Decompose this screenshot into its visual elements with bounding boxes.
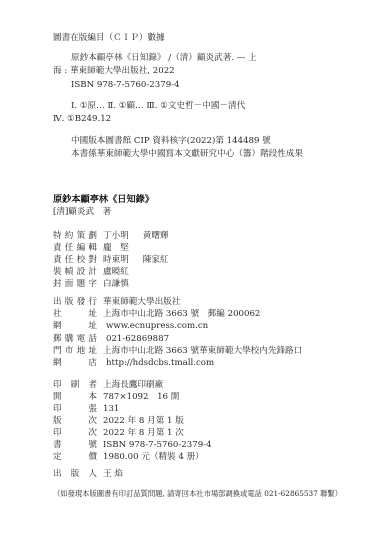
publisher-label: 網 店: [53, 358, 97, 369]
footer-note: （如發現本版圖書有印訂品質問題, 請寄回本社市場部調換或電話 021-62865…: [53, 489, 342, 499]
credit-label: 特約策劃: [53, 231, 97, 242]
book-title: 原鈔本顧亭林《日知錄》: [53, 194, 154, 205]
printing-value: ISBN 978-7-5760-2379-4: [103, 440, 212, 451]
credit-value: 黄曙輝: [143, 231, 169, 242]
project-note: 本書係華東師範大學中國寫本文獻研究中心（籌）階段性成果: [71, 149, 303, 160]
printing-label: 定 價: [53, 452, 97, 463]
publisher-row: 門市地址 上海市中山北路 3663 號華東師範大學校内先鋒路口: [53, 346, 302, 357]
credit-label: 責任編輯: [53, 243, 97, 254]
credit-value: 龐 堅: [103, 243, 129, 254]
publisher-value: 上海市中山北路 3663 號華東師範大學校内先鋒路口: [103, 346, 302, 357]
credit-row: 特約策劃 丁小明 黄曙輝: [53, 231, 169, 242]
publisher-value: 華東師範大學出版社: [103, 297, 180, 308]
publisher-person-label: 出 版 人: [53, 469, 97, 480]
credit-value: 陳家紅: [143, 255, 169, 266]
publisher-label: 門市地址: [53, 346, 97, 357]
cip-entry-line2: 海 : 華東師範大學出版社, 2022: [53, 66, 175, 77]
publisher-value: 上海市中山北路 3663 號 郵編 200062: [103, 309, 260, 320]
credit-label: 裝幀設計: [53, 267, 97, 278]
credit-value: 丁小明: [103, 231, 129, 242]
credit-row: 裝幀設計 盧曉紅: [53, 267, 129, 278]
printing-row: 印 張 131: [53, 404, 119, 415]
credit-row: 責任編輯 龐 堅: [53, 243, 129, 254]
credit-value: 盧曉紅: [103, 267, 129, 278]
publisher-label: 出版發行: [53, 297, 97, 308]
credit-label: 封面題字: [53, 279, 97, 290]
printing-value: 1980.00 元（精裝 4 册）: [103, 452, 204, 463]
cip-subjects-line1: Ⅰ. ①原… Ⅱ. ①顧… Ⅲ. ①文史哲－中國－清代: [71, 101, 245, 112]
credit-label: 責任校對: [53, 255, 97, 266]
publisher-row: 郵購電話 021-62869887: [53, 334, 169, 345]
cip-entry-line1: 原鈔本顧亭林《日知錄》 /（清）顧炎武著. — 上: [71, 53, 257, 64]
printing-row: 定 價 1980.00 元（精裝 4 册）: [53, 452, 204, 463]
printing-row: 印 刷 者 上海長鷹印刷廠: [53, 380, 163, 391]
printing-value: 2022 年 8 月第 1 次: [103, 428, 184, 439]
publisher-label: 社 址: [53, 309, 97, 320]
publisher-value: 021-62869887: [106, 334, 169, 345]
cip-heading: 圖書在版編目（ＣＩＰ）數據: [53, 33, 165, 44]
printing-value: 2022 年 8 月第 1 版: [103, 416, 184, 427]
printing-label: 開 本: [53, 392, 97, 403]
printing-value: 上海長鷹印刷廠: [103, 380, 163, 391]
publisher-label: 網 址: [53, 321, 97, 332]
printing-row: 印 次 2022 年 8 月第 1 次: [53, 428, 184, 439]
publisher-person-row: 出 版 人 王 焰: [53, 469, 123, 480]
publisher-row: 出版發行 華東師範大學出版社: [53, 297, 180, 308]
cip-subjects-line2: Ⅳ. ①B249.12: [53, 114, 111, 125]
credit-row: 責任校對 時東明 陳家紅: [53, 255, 169, 266]
publisher-row: 網 店 http://hdsdcbs.tmall.com: [53, 358, 214, 369]
printing-label: 版 次: [53, 416, 97, 427]
cip-isbn: ISBN 978-7-5760-2379-4: [71, 80, 180, 91]
cip-number: 中國版本圖書館 CIP 資料核字(2022)第 144489 號: [71, 136, 271, 147]
printing-value: 787×1092 16 開: [103, 392, 179, 403]
printing-row: 開 本 787×1092 16 開: [53, 392, 179, 403]
credit-value: 時東明: [103, 255, 129, 266]
credit-row: 封面題字 白謙慎: [53, 279, 129, 290]
website-link[interactable]: www.ecnupress.com.cn: [106, 321, 208, 332]
printing-label: 印 刷 者: [53, 380, 97, 391]
printing-label: 印 次: [53, 428, 97, 439]
publisher-person-value: 王 焰: [103, 469, 123, 480]
publisher-row: 網 址 www.ecnupress.com.cn: [53, 321, 208, 332]
credit-value: 白謙慎: [103, 279, 129, 290]
printing-label: 書 號: [53, 440, 97, 451]
printing-row: 版 次 2022 年 8 月第 1 版: [53, 416, 184, 427]
printing-row: 書 號 ISBN 978-7-5760-2379-4: [53, 440, 212, 451]
book-author: [清]顧炎武 著: [53, 207, 111, 218]
online-store-link[interactable]: http://hdsdcbs.tmall.com: [106, 358, 214, 369]
printing-value: 131: [103, 404, 119, 415]
publisher-label: 郵購電話: [53, 334, 97, 345]
printing-label: 印 張: [53, 404, 97, 415]
publisher-row: 社 址 上海市中山北路 3663 號 郵編 200062: [53, 309, 260, 320]
